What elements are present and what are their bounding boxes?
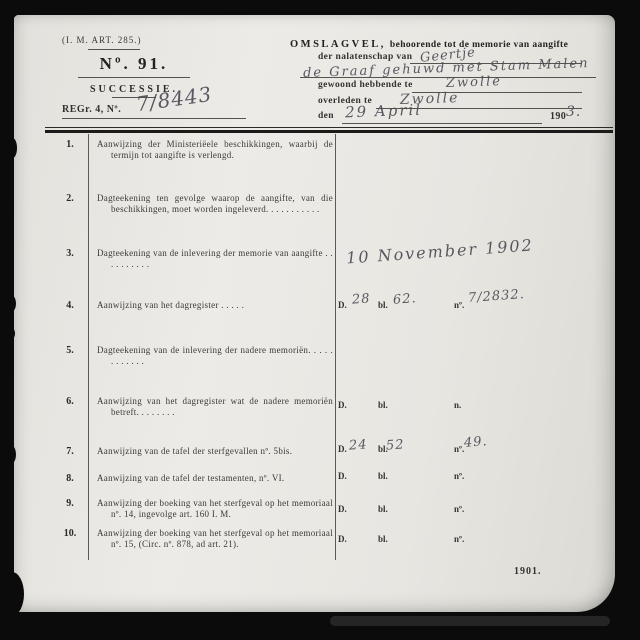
nummer-value-handwritten: 49.	[464, 434, 489, 451]
item-number: 9.	[50, 498, 90, 509]
nummer-value-handwritten: 7/2832.	[468, 287, 526, 306]
item-number: 5.	[50, 345, 90, 356]
item-number: 2.	[50, 193, 90, 204]
deel-label: D.	[338, 300, 347, 310]
nummer-label: nº.	[454, 444, 464, 454]
item-description: Aanwijzing der boeking van het sterfgeva…	[97, 528, 333, 549]
item-number: 4.	[50, 300, 90, 311]
nummer-label: n.	[454, 400, 461, 410]
item-description: Aanwijzing van het dagregister . . . . .	[97, 300, 333, 311]
item-number: 3.	[50, 248, 90, 259]
deel-label: D.	[338, 534, 347, 544]
deel-label: D.	[338, 400, 347, 410]
item-description: Dagteekening van de inlevering der nader…	[97, 345, 333, 366]
item-description: Aanwijzing van de tafel der sterfgevalle…	[97, 446, 333, 457]
blad-label: bl.	[378, 471, 388, 481]
form-print-year: 1901.	[514, 566, 542, 577]
scan-edge-artifact	[330, 616, 610, 626]
item-number: 1.	[50, 139, 90, 150]
deel-value-handwritten: 28	[351, 291, 371, 307]
blad-label: bl.	[378, 400, 388, 410]
deel-label: D.	[338, 504, 347, 514]
nummer-label: nº.	[454, 300, 464, 310]
scan-edge-artifact	[8, 446, 16, 463]
nummer-label: nº.	[454, 534, 464, 544]
item-description: Aanwijzing van de tafel der testamenten,…	[97, 473, 333, 484]
blad-value-handwritten: 52	[385, 437, 405, 453]
deel-value-handwritten: 24	[348, 437, 368, 453]
blad-value-handwritten: 62.	[393, 291, 418, 308]
handwritten-entry: 10 November 1902	[346, 235, 535, 267]
item-description: Aanwijzing van het dagregister wat de na…	[97, 396, 333, 417]
deel-label: D.	[338, 444, 347, 454]
deel-label: D.	[338, 471, 347, 481]
blad-label: bl.	[378, 534, 388, 544]
item-description: Dagteekening ten gevolge waarop de aangi…	[97, 193, 333, 214]
item-number: 6.	[50, 396, 90, 407]
paper: (I. M. ART. 285.) Nº. 91. SUCCESSIE. REG…	[14, 15, 615, 612]
scan-edge-artifact	[0, 572, 24, 616]
item-description: Aanwijzing der Ministeriëele beschikking…	[97, 139, 333, 160]
item-number: 7.	[50, 446, 90, 457]
item-number: 10.	[50, 528, 90, 539]
blad-label: bl.	[378, 300, 388, 310]
item-description: Dagteekening van de inlevering der memor…	[97, 248, 333, 269]
scan-edge-artifact	[9, 296, 16, 311]
form-items: 1.Aanwijzing der Ministeriëele beschikki…	[14, 15, 615, 612]
blad-label: bl.	[378, 504, 388, 514]
item-description: Aanwijzing der boeking van het sterfgeva…	[97, 498, 333, 519]
scanned-page: (I. M. ART. 285.) Nº. 91. SUCCESSIE. REG…	[0, 0, 640, 640]
scan-edge-artifact	[9, 328, 15, 339]
item-number: 8.	[50, 473, 90, 484]
scan-edge-artifact	[8, 138, 17, 158]
nummer-label: nº.	[454, 504, 464, 514]
nummer-label: nº.	[454, 471, 464, 481]
